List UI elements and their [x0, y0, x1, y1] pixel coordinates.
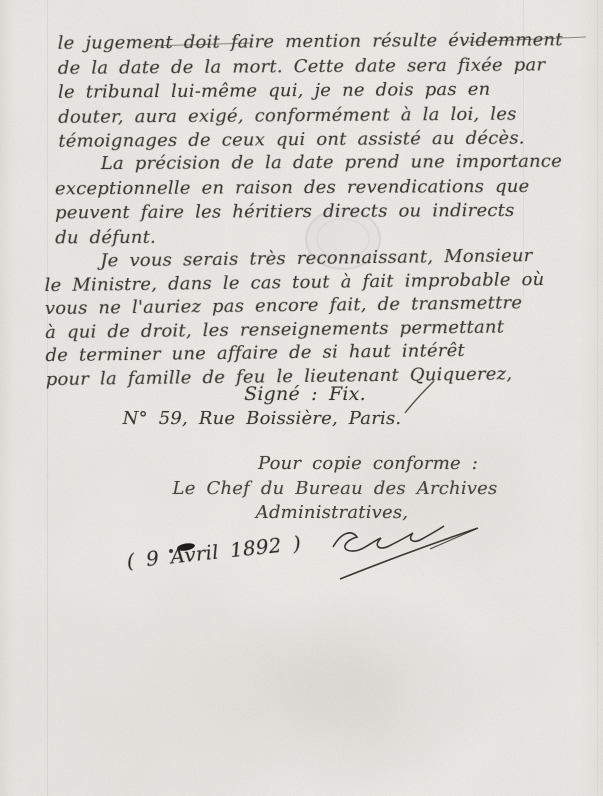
- paragraph-2: La précision de la date prend une import…: [55, 150, 563, 251]
- signed-line: Signé : Fix.: [244, 383, 366, 405]
- letter-line: La précision de la date prend une import…: [55, 150, 562, 177]
- paragraph-1: le jugement doit faire mention résulte é…: [58, 28, 564, 154]
- letter-line: le tribunal lui-même qui, je ne dois pas…: [58, 77, 563, 105]
- scanned-letter-page: le jugement doit faire mention résulte é…: [0, 0, 603, 796]
- letter-line: douter, aura exigé, conformément à la lo…: [58, 102, 563, 130]
- certification-line-3: Administratives,: [256, 502, 408, 523]
- signature-underline-stroke: [340, 528, 478, 579]
- paper-fold-line-left: [47, 0, 48, 796]
- letter-line: de la date de la mort. Cette date sera f…: [58, 53, 563, 81]
- certification-line-1: Pour copie conforme :: [258, 453, 478, 474]
- letter-line: peuvent faire les héritiers directs ou i…: [55, 199, 562, 226]
- scan-edge-line: [597, 0, 598, 796]
- official-signature-scribble: [333, 526, 444, 551]
- certification-line-2: Le Chef du Bureau des Archives: [173, 478, 498, 499]
- letter-line: le jugement doit faire mention résulte é…: [58, 28, 563, 56]
- paragraph-3: Je vous serais très reconnaissant, Monsi…: [44, 244, 546, 391]
- address-line: N° 59, Rue Boissière, Paris.: [123, 408, 402, 429]
- date-line: ( 9 Avril 1892 ): [125, 531, 302, 573]
- letter-line: exceptionnelle en raison des revendicati…: [55, 174, 562, 201]
